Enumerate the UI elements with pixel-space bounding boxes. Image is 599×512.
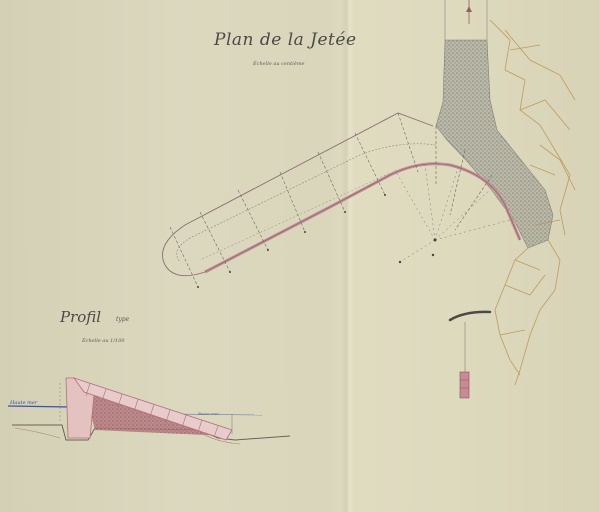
plan-title: Plan de la Jetée bbox=[214, 30, 357, 50]
station-points bbox=[197, 194, 437, 288]
rubble-causeway bbox=[436, 40, 553, 248]
beacon-marker-icon bbox=[460, 372, 469, 398]
low-water-label: Basse mer bbox=[198, 411, 219, 416]
jetty-outer-outline bbox=[163, 113, 434, 276]
plan-scale-note: Échelle au centième bbox=[253, 61, 304, 67]
high-water-label: Haute mer bbox=[10, 400, 37, 406]
profile-scale-note: Échelle au 1/100 bbox=[82, 338, 125, 344]
drawing-sheet: Plan de la Jetée Échelle au centième Pro… bbox=[0, 0, 599, 512]
drawing-canvas bbox=[0, 0, 599, 512]
jetty-plan bbox=[163, 0, 576, 398]
profile-title: Profil bbox=[60, 308, 101, 326]
shore-contour bbox=[450, 312, 490, 320]
high-water-line bbox=[8, 406, 70, 407]
profile-title-suffix: type bbox=[116, 316, 129, 323]
jetty-profile bbox=[8, 378, 290, 444]
north-arrow-icon bbox=[466, 0, 472, 24]
